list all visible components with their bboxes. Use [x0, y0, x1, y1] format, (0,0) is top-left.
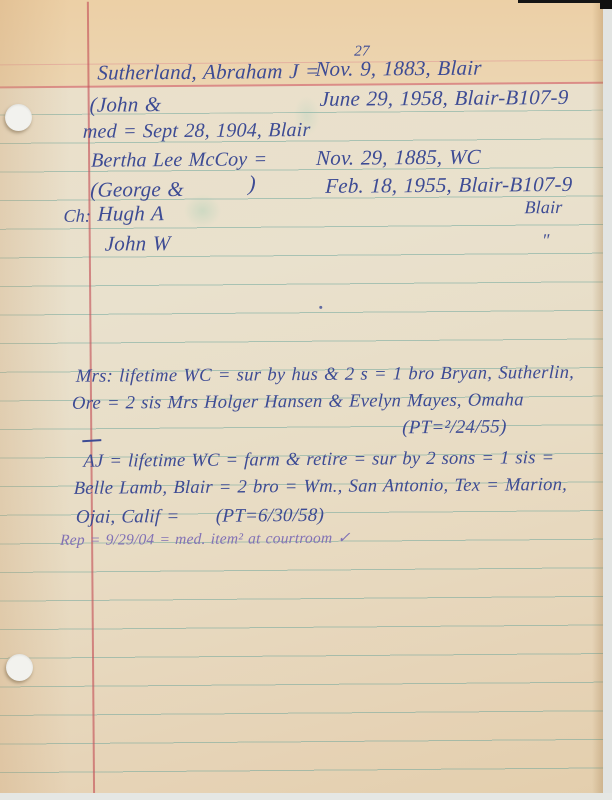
subject-note-line-2: Belle Lamb, Blair = 2 bro = Wm., San Ant…	[73, 475, 567, 500]
paper-edge-shadow	[592, 0, 603, 794]
scanner-black-corner	[600, 0, 612, 9]
widow-note-date: (PT=²/24/55)	[402, 416, 507, 439]
marriage-line: med = Sept 28, 1904, Blair	[83, 119, 311, 144]
name-line: Sutherland, Abraham J =	[97, 59, 320, 86]
ditto-mark: "	[541, 230, 549, 251]
spouse-father-line: (George &	[90, 177, 184, 203]
death-date-line: June 29, 1958, Blair-B107-9	[319, 85, 569, 112]
widow-note-line-1: Mrs: lifetime WC = sur by hus & 2 s = 1 …	[76, 363, 575, 388]
sheet-tilt-layer: Sutherland, Abraham J = 27 Nov. 9, 1883,…	[0, 0, 612, 800]
spouse-name-line: Bertha Lee McCoy =	[91, 148, 268, 172]
scanned-note-page: Sutherland, Abraham J = 27 Nov. 9, 1883,…	[0, 0, 612, 800]
rep-note-line: Rep = 9/29/04 = med. item² at courtroom …	[60, 529, 351, 550]
child-name: John W	[104, 231, 170, 257]
subject-note-line-3: Ojai, Calif =	[76, 506, 180, 529]
hole-punch-bottom	[6, 654, 33, 681]
scanner-right-edge	[603, 0, 612, 800]
green-smudge	[294, 96, 320, 136]
spouse-birth-line: Nov. 29, 1885, WC	[316, 145, 481, 171]
spouse-death-line: Feb. 18, 1955, Blair-B107-9	[325, 172, 573, 199]
hole-punch-top	[5, 104, 32, 131]
father-line: (John &	[89, 92, 161, 118]
child-place: Blair	[524, 197, 563, 218]
subject-note-date: (PT=6/30/58)	[216, 505, 325, 528]
closing-paren: )	[248, 170, 256, 196]
birth-date-line: Nov. 9, 1883, Blair	[315, 56, 482, 82]
green-smudge	[183, 194, 221, 228]
ink-speck	[319, 306, 322, 309]
widow-note-line-2: Ore = 2 sis Mrs Holger Hansen & Evelyn M…	[72, 390, 524, 415]
subject-note-line-1: AJ = lifetime WC = farm & retire = sur b…	[83, 448, 554, 473]
child-name: Hugh A	[97, 201, 164, 227]
scanner-bottom-edge	[0, 793, 612, 800]
scanner-black-strip	[518, 0, 612, 3]
